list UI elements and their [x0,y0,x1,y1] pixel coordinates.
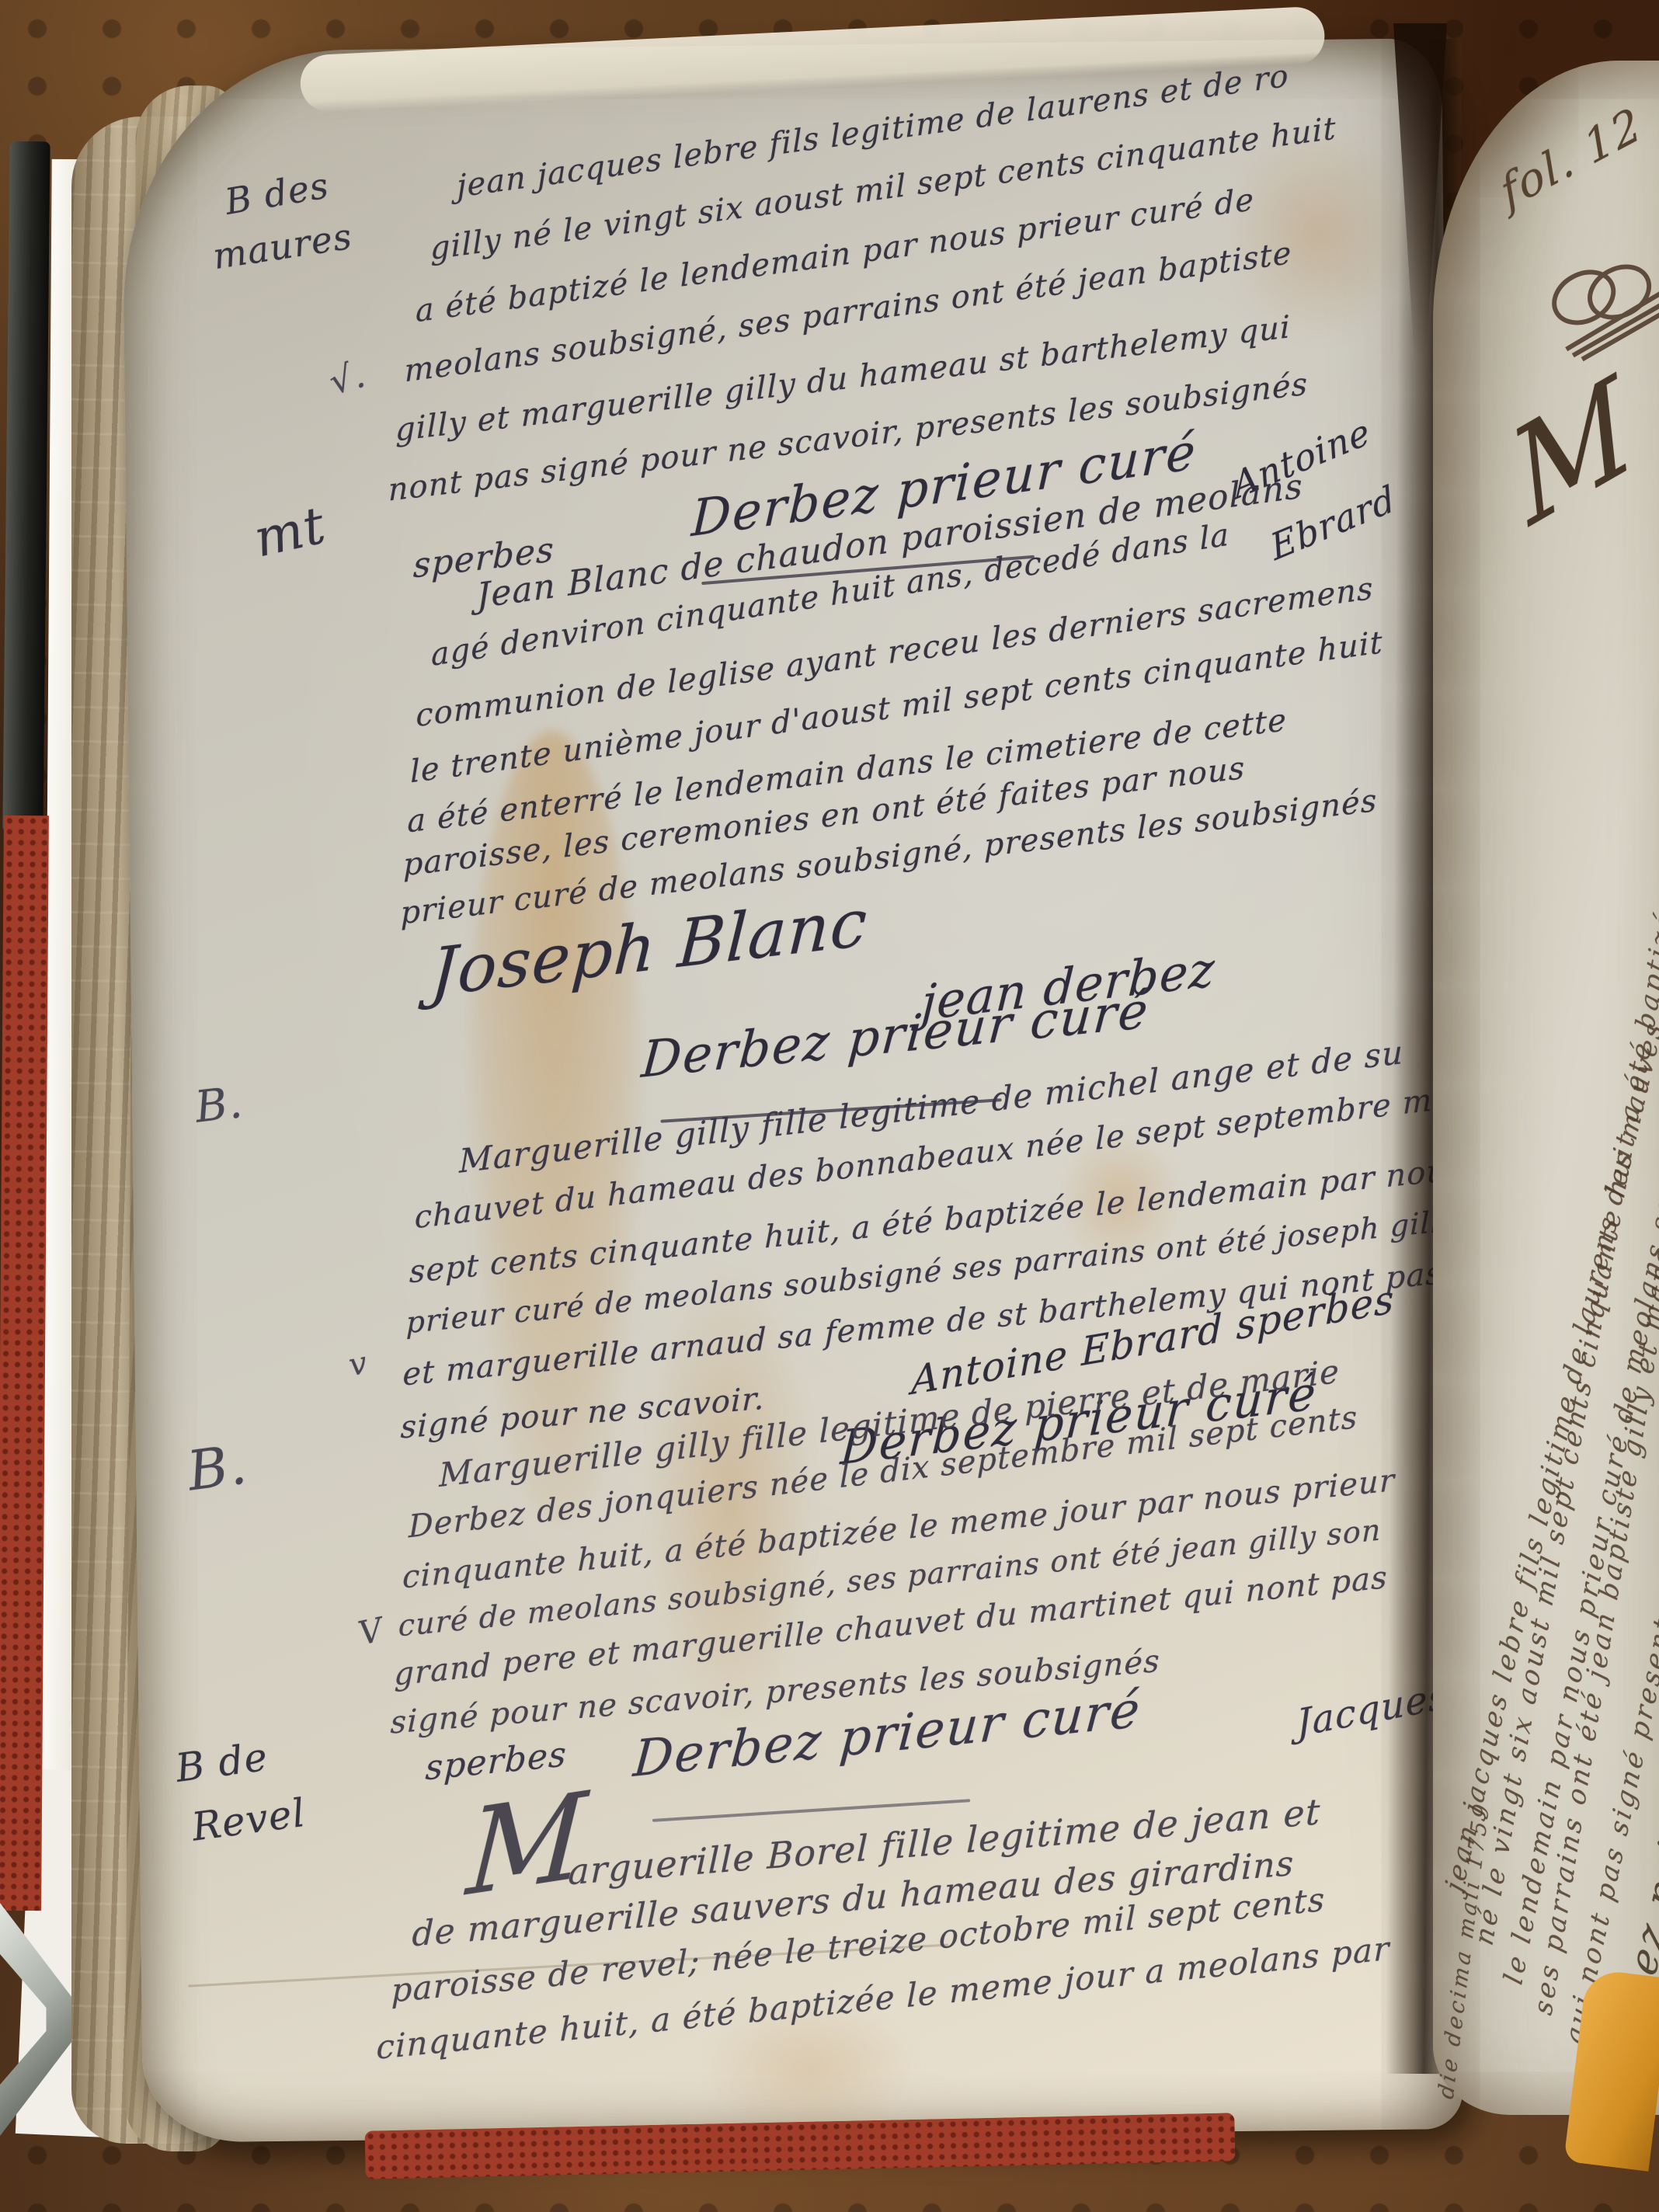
margin-note-b-des-maures: maures [210,215,355,277]
margin-note-b-de-revel: Revel [190,1790,308,1850]
book-board-edge [2,141,50,833]
margin-note-baptism: B. [184,1432,251,1503]
check-mark: √. [325,353,370,403]
folio-paraph-flourish [1531,235,1659,372]
red-leather-spine-strip [0,816,49,1911]
facing-initial: M [1497,348,1648,555]
margin-note-mort: mt [249,495,331,569]
facing-date-note: die decima maii 1759 [1433,1799,1494,2102]
folio-number: fol. 12 [1494,96,1649,219]
margin-note-b-de-revel: B de [173,1734,271,1791]
check-mark: v [346,1345,370,1384]
entry5-initial: M [464,1767,591,1923]
register-page-facing: fol. 12 M jean jacques lebre fils legiti… [1433,61,1659,2115]
margin-note-baptism: B. [193,1077,245,1133]
margin-note-b-des-maures: B des [222,164,332,223]
parish-register-photo: B des maures √. mt B. v B. V B de Revel … [0,0,1659,2212]
check-mark: V [355,1610,387,1653]
register-page-left: B des maures √. mt B. v B. V B de Revel … [121,38,1463,2143]
signature-flourish [652,1799,970,1822]
